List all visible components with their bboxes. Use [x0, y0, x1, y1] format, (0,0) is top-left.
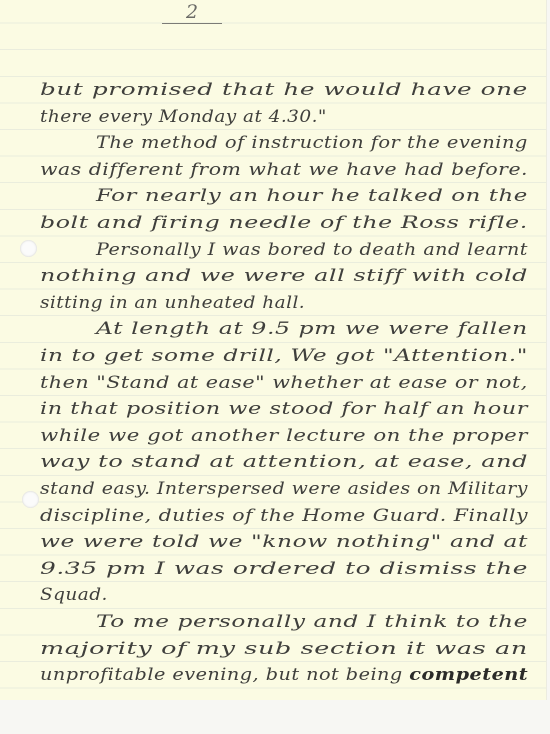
manuscript-line: Personally I was bored to death and lear… [96, 240, 528, 260]
manuscript-line: discipline, duties of the Home Guard. Fi… [40, 506, 528, 526]
manuscript-line: there every Monday at 4.30." [40, 107, 327, 127]
manuscript-line: For nearly an hour he talked on the [96, 186, 528, 206]
manuscript-line: in that position we stood for half an ho… [40, 399, 528, 419]
manuscript-line: 9.35 pm I was ordered to dismiss the [40, 559, 528, 579]
manuscript-line: nothing and we were all stiff with cold [40, 266, 528, 286]
manuscript-line: in to get some drill, We got "Attention.… [40, 346, 528, 366]
handwritten-text-body: but promised that he would have onethere… [0, 0, 546, 700]
manuscript-line: Squad. [40, 585, 108, 605]
manuscript-line: way to stand at attention, at ease, and [40, 452, 528, 472]
manuscript-line: stand easy. Interspersed were asides on … [40, 479, 528, 499]
lined-paper-sheet: 2 but promised that he would have onethe… [0, 0, 547, 700]
manuscript-line: bolt and firing needle of the Ross rifle… [40, 213, 528, 233]
manuscript-line: we were told we "know nothing" and at [40, 532, 528, 552]
manuscript-line: but promised that he would have one [40, 80, 528, 100]
scan-background: 2 but promised that he would have onethe… [0, 0, 550, 734]
manuscript-line: then "Stand at ease" whether at ease or … [40, 373, 528, 393]
manuscript-line: To me personally and I think to the [96, 612, 528, 632]
manuscript-line: At length at 9.5 pm we were fallen [96, 319, 528, 339]
manuscript-line: unprofitable evening, but not being comp… [40, 665, 528, 685]
manuscript-line: while we got another lecture on the prop… [40, 426, 528, 446]
manuscript-line: was different from what we have had befo… [40, 160, 528, 180]
manuscript-line: sitting in an unheated hall. [40, 293, 305, 313]
manuscript-line: The method of instruction for the evenin… [96, 133, 528, 153]
manuscript-line: majority of my sub section it was an [40, 639, 528, 659]
overwritten-word: competent [409, 665, 528, 684]
